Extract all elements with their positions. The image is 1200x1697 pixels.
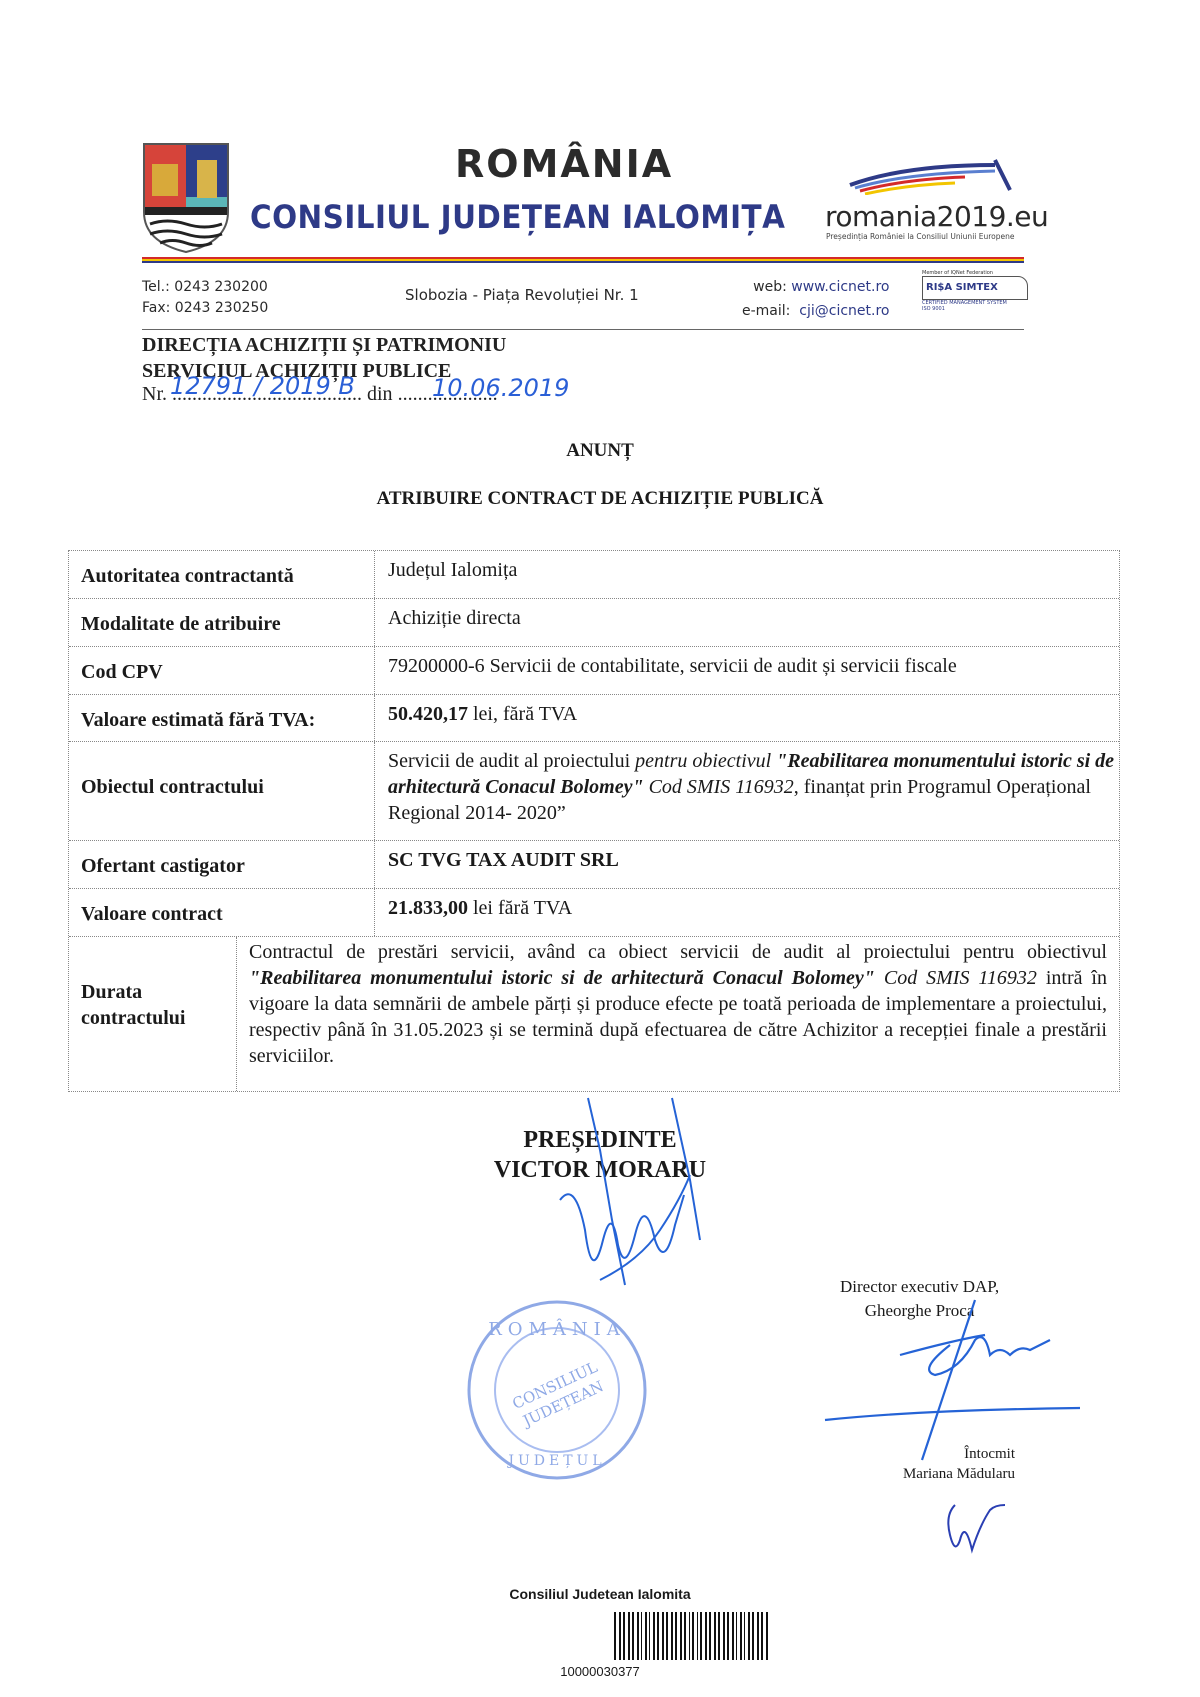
director-name: Gheorghe Proca (840, 1299, 999, 1323)
email-link[interactable]: cji@cicnet.ro (799, 303, 889, 319)
smis-code: Cod SMIS 116932 (644, 776, 794, 798)
table-row: Valoare estimată fără TVA: 50.420,17 lei… (69, 695, 1119, 742)
web-link[interactable]: www.cicnet.ro (791, 279, 889, 295)
project-title: "Reabilitarea monumentului istoric si de… (249, 967, 875, 989)
table-row: Durata contractului Contractul de prestă… (69, 937, 1119, 1091)
address: Slobozia - Piața Revoluției Nr. 1 (405, 286, 639, 304)
eu-presidency-subtitle: Președinția României la Consiliul Uniuni… (826, 232, 1014, 241)
svg-text:ROMÂNIA: ROMÂNIA (488, 1317, 626, 1340)
preparer-signature-icon (948, 1505, 1005, 1550)
institution-title: CONSILIUL JUDEȚEAN IALOMIȚA (250, 198, 785, 236)
president-name: VICTOR MORARU (0, 1155, 1200, 1185)
fax-number: Fax: 0243 230250 (142, 298, 268, 319)
barcode-label: Consiliul Judetean Ialomita (0, 1586, 1200, 1602)
barcode-icon (612, 1612, 772, 1660)
row-label: Autoritatea contractantă (69, 551, 375, 598)
table-row: Valoare contract 21.833,00 lei fără TVA (69, 889, 1119, 937)
value-part: Servicii de audit al proiectului (388, 750, 635, 772)
phone-number: Tel.: 0243 230200 (142, 277, 268, 298)
notice-title: ANUNȚ (0, 440, 1200, 462)
row-value: 21.833,00 lei fără TVA (375, 889, 1119, 936)
din-label: din (362, 383, 398, 405)
notice-subtitle: ATRIBUIRE CONTRACT DE ACHIZIȚIE PUBLICĂ (0, 488, 1200, 510)
value-part: pentru obiectivul (635, 750, 776, 772)
award-details-table: Autoritatea contractantă Județul Ialomiț… (68, 550, 1120, 1092)
svg-text:JUDEȚUL: JUDEȚUL (506, 1453, 605, 1469)
row-label: Obiectul contractului (69, 742, 375, 840)
barcode-number: 10000030377 (0, 1664, 1200, 1679)
row-label: Valoare estimată fără TVA: (69, 695, 375, 741)
tricolor-divider (142, 257, 1024, 263)
handwritten-date: 10.06.2019 (432, 374, 569, 402)
table-row: Modalitate de atribuire Achiziție direct… (69, 599, 1119, 647)
estimated-value-amount: 50.420,17 (388, 703, 468, 725)
cert-iso-text: ISO 9001 (922, 306, 1028, 312)
smis-code: Cod SMIS 116932 (875, 967, 1037, 989)
row-value: 50.420,17 lei, fără TVA (375, 695, 1119, 741)
president-block: PREȘEDINTE VICTOR MORARU (0, 1125, 1200, 1185)
header-rule (142, 329, 1024, 330)
director-title: Director executiv DAP, (840, 1275, 999, 1299)
row-label: Valoare contract (69, 889, 375, 936)
row-label: Modalitate de atribuire (69, 599, 375, 646)
phone-fax-block: Tel.: 0243 230200 Fax: 0243 230250 (142, 277, 268, 319)
president-title: PREȘEDINTE (0, 1125, 1200, 1155)
estimated-value-suffix: lei, fără TVA (468, 703, 577, 725)
web-email-block: web: www.cicnet.ro e-mail: cji@cicnet.ro (742, 275, 890, 323)
table-row: Autoritatea contractantă Județul Ialomiț… (69, 551, 1119, 599)
county-crest-icon (142, 142, 230, 254)
official-stamp-icon: ROMÂNIA CONSILIUL JUDEȚEAN JUDEȚUL (462, 1295, 652, 1485)
director-signature-icon (825, 1300, 1080, 1460)
value-part: Contractul de prestări servicii, având c… (249, 941, 1107, 963)
row-label: Ofertant castigator (69, 841, 375, 888)
department-name: DIRECȚIA ACHIZIȚII ȘI PATRIMONIU (142, 332, 506, 358)
row-value: Servicii de audit al proiectului pentru … (375, 742, 1119, 840)
eu-presidency-swoosh-icon (845, 155, 1015, 195)
iso-certification-badge: Member of IQNet Federation RI$A SIMTEX C… (922, 270, 1028, 322)
prepared-label: Întocmit (900, 1444, 1015, 1464)
nr-prefix: Nr. (142, 383, 172, 405)
row-label: Durata contractului (69, 937, 237, 1091)
prepared-name: Mariana Mădularu (900, 1464, 1015, 1484)
table-row: Obiectul contractului Servicii de audit … (69, 742, 1119, 841)
row-value: Județul Ialomița (375, 551, 1119, 598)
row-value: Achiziție directa (375, 599, 1119, 646)
prepared-by-block: Întocmit Mariana Mădularu (900, 1444, 1015, 1484)
row-value: 79200000-6 Servicii de contabilitate, se… (375, 647, 1119, 694)
row-label: Cod CPV (69, 647, 375, 694)
eu-presidency-logo-text: romania2019.eu (825, 200, 1048, 233)
director-block: Director executiv DAP, Gheorghe Proca (840, 1275, 999, 1323)
web-label: web: (753, 279, 787, 295)
cert-brand: RI$A SIMTEX (922, 276, 1028, 300)
winning-bidder: SC TVG TAX AUDIT SRL (375, 841, 1119, 888)
country-title: ROMÂNIA (455, 142, 673, 186)
email-label: e-mail: (742, 303, 790, 319)
row-value: Contractul de prestări servicii, având c… (237, 937, 1119, 1091)
table-row: Ofertant castigator SC TVG TAX AUDIT SRL (69, 841, 1119, 889)
contract-value-suffix: lei fără TVA (468, 897, 572, 919)
handwritten-registration-number: 12791 / 2019 B (170, 372, 355, 400)
table-row: Cod CPV 79200000-6 Servicii de contabili… (69, 647, 1119, 695)
contract-value-amount: 21.833,00 (388, 897, 468, 919)
